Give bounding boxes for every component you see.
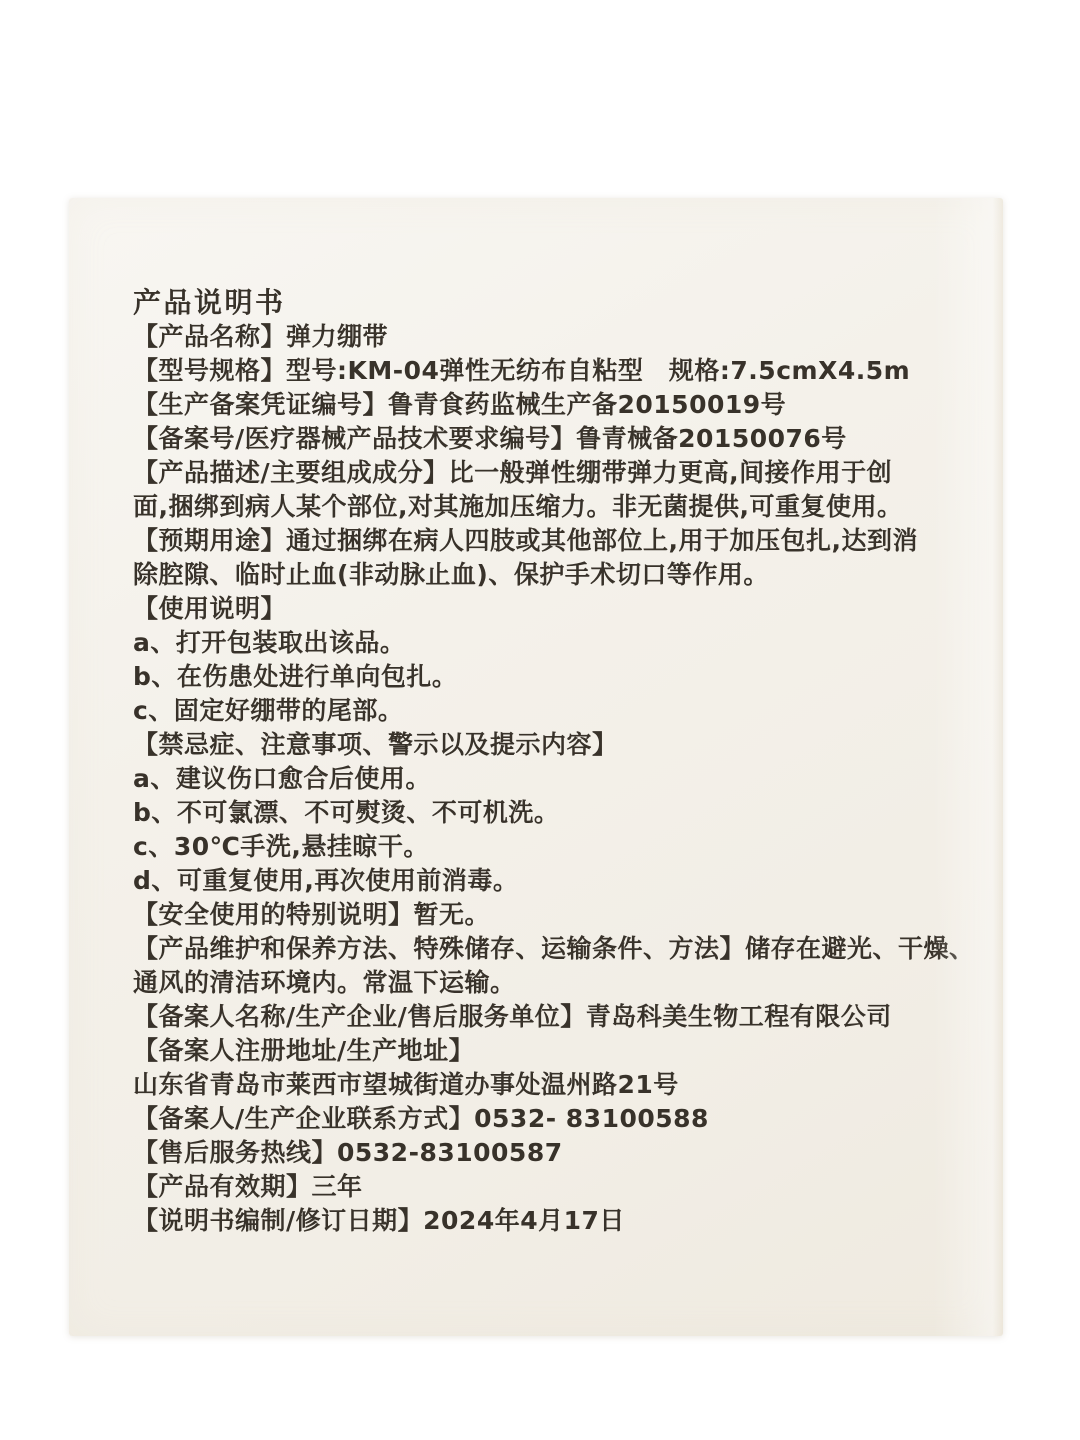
doc-line: c、固定好绷带的尾部。 bbox=[133, 694, 943, 728]
doc-line: 【说明书编制/修订日期】2024年4月17日 bbox=[133, 1204, 943, 1238]
doc-line: 【型号规格】型号:KM-04弹性无纺布自粘型 规格:7.5cmX4.5m bbox=[133, 354, 943, 388]
doc-line: 【禁忌症、注意事项、警示以及提示内容】 bbox=[133, 728, 943, 762]
doc-line: 山东省青岛市莱西市望城街道办事处温州路21号 bbox=[133, 1068, 943, 1102]
doc-line: 面,捆绑到病人某个部位,对其施加压缩力。非无菌提供,可重复使用。 bbox=[133, 490, 943, 524]
doc-line: 【备案人名称/生产企业/售后服务单位】青岛科美生物工程有限公司 bbox=[133, 1000, 943, 1034]
photo-background: 产品说明书 【产品名称】弹力绷带【型号规格】型号:KM-04弹性无纺布自粘型 规… bbox=[0, 0, 1080, 1440]
doc-line: 【产品名称】弹力绷带 bbox=[133, 320, 943, 354]
instruction-sheet: 产品说明书 【产品名称】弹力绷带【型号规格】型号:KM-04弹性无纺布自粘型 规… bbox=[69, 198, 1003, 1336]
doc-line: 【售后服务热线】0532-83100587 bbox=[133, 1136, 943, 1170]
doc-line: 【产品维护和保养方法、特殊储存、运输条件、方法】储存在避光、干燥、 bbox=[133, 932, 943, 966]
doc-line: 【备案人注册地址/生产地址】 bbox=[133, 1034, 943, 1068]
doc-line: 【生产备案凭证编号】鲁青食药监械生产备20150019号 bbox=[133, 388, 943, 422]
doc-line: a、打开包装取出该品。 bbox=[133, 626, 943, 660]
doc-title: 产品说明书 bbox=[133, 286, 943, 320]
doc-line: b、不可氯漂、不可熨烫、不可机洗。 bbox=[133, 796, 943, 830]
doc-line: 【备案号/医疗器械产品技术要求编号】鲁青械备20150076号 bbox=[133, 422, 943, 456]
doc-line: 【使用说明】 bbox=[133, 592, 943, 626]
doc-line: 通风的清洁环境内。常温下运输。 bbox=[133, 966, 943, 1000]
doc-line: d、可重复使用,再次使用前消毒。 bbox=[133, 864, 943, 898]
doc-line: c、30℃手洗,悬挂晾干。 bbox=[133, 830, 943, 864]
doc-line: 除腔隙、临时止血(非动脉止血)、保护手术切口等作用。 bbox=[133, 558, 943, 592]
instruction-text-block: 产品说明书 【产品名称】弹力绷带【型号规格】型号:KM-04弹性无纺布自粘型 规… bbox=[133, 286, 943, 1238]
doc-line: 【产品描述/主要组成成分】比一般弹性绷带弹力更高,间接作用于创 bbox=[133, 456, 943, 490]
doc-line: 【预期用途】通过捆绑在病人四肢或其他部位上,用于加压包扎,达到消 bbox=[133, 524, 943, 558]
doc-line: 【安全使用的特别说明】暂无。 bbox=[133, 898, 943, 932]
doc-line: 【产品有效期】三年 bbox=[133, 1170, 943, 1204]
doc-line: 【备案人/生产企业联系方式】0532- 83100588 bbox=[133, 1102, 943, 1136]
doc-line: a、建议伤口愈合后使用。 bbox=[133, 762, 943, 796]
doc-lines: 【产品名称】弹力绷带【型号规格】型号:KM-04弹性无纺布自粘型 规格:7.5c… bbox=[133, 320, 943, 1238]
doc-line: b、在伤患处进行单向包扎。 bbox=[133, 660, 943, 694]
